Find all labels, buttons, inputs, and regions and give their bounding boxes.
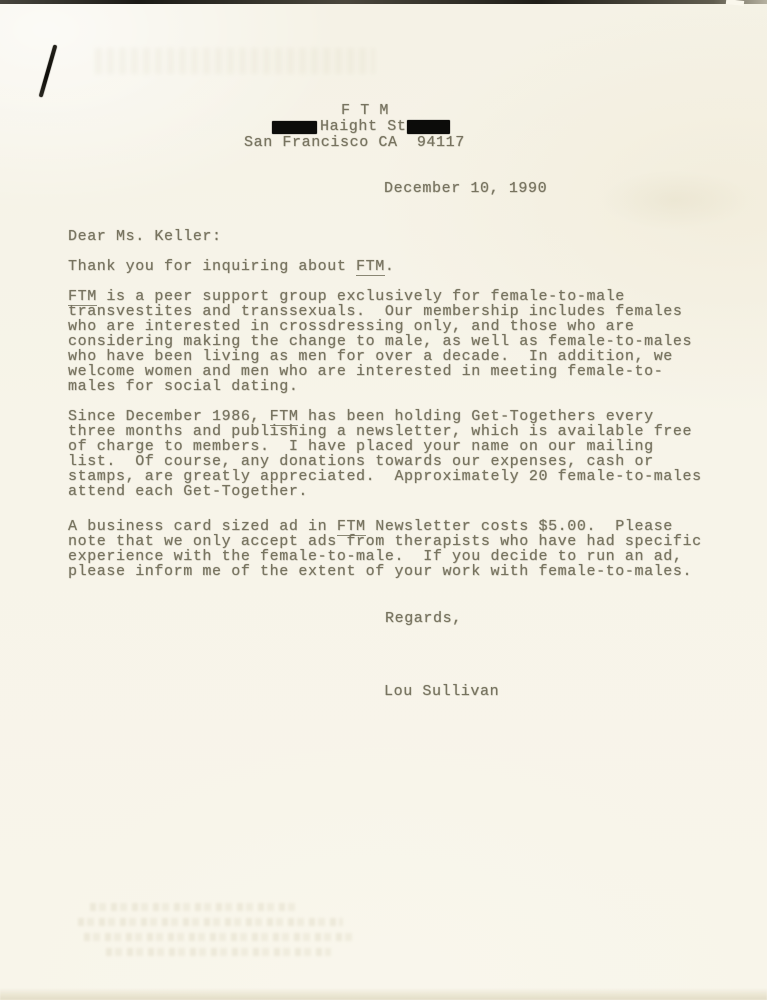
body-line: FTM is a peer support group exclusively … <box>68 289 702 304</box>
letter-body: Thank you for inquiring about FTM.FTM is… <box>68 259 702 594</box>
letterhead-org: F T M <box>341 103 389 118</box>
body-line: note that we only accept ads from therap… <box>68 534 702 549</box>
scan-top-edge-notch <box>726 0 744 6</box>
body-line: Thank you for inquiring about FTM. <box>68 259 702 274</box>
bleed-through-smudge-top <box>95 48 375 74</box>
redaction-box-unit <box>407 120 450 134</box>
paragraph: FTM is a peer support group exclusively … <box>68 289 702 394</box>
body-line: who have been living as men for over a d… <box>68 349 702 364</box>
text-segment: please inform me of the extent of your w… <box>68 563 692 580</box>
body-line: males for social dating. <box>68 379 702 394</box>
paragraph: A business card sized ad in FTM Newslett… <box>68 519 702 579</box>
body-line: three months and publishing a newsletter… <box>68 424 702 439</box>
letter-page: F T M Haight St San Francisco CA 94117 D… <box>0 0 767 1000</box>
date-line: December 10, 1990 <box>384 181 547 196</box>
letterhead-street: Haight St <box>320 119 406 134</box>
body-line: experience with the female-to-male. If y… <box>68 549 702 564</box>
body-line: Since December 1986, FTM has been holdin… <box>68 409 702 424</box>
text-segment: . <box>385 258 395 275</box>
body-line: A business card sized ad in FTM Newslett… <box>68 519 702 534</box>
body-line: list. Of course, any donations towards o… <box>68 454 702 469</box>
paper-stain <box>600 170 750 230</box>
signature-name: Lou Sullivan <box>384 684 499 699</box>
body-line: welcome women and men who are interested… <box>68 364 702 379</box>
salutation: Dear Ms. Keller: <box>68 229 222 244</box>
body-line: attend each Get-Together. <box>68 484 702 499</box>
scan-bottom-edge <box>0 988 767 1000</box>
bleed-through-text <box>78 903 378 963</box>
closing: Regards, <box>385 611 462 626</box>
bleed-through-line <box>84 933 356 941</box>
text-segment: attend each Get-Together. <box>68 483 308 500</box>
redaction-box-street-number <box>272 121 317 134</box>
underlined-text: FTM <box>356 258 385 276</box>
letterhead-city: San Francisco CA 94117 <box>244 135 465 150</box>
body-line: please inform me of the extent of your w… <box>68 564 702 579</box>
pen-slash-mark <box>39 44 58 97</box>
scan-top-edge <box>0 0 767 4</box>
paragraph: Thank you for inquiring about FTM. <box>68 259 702 274</box>
bleed-through-line <box>106 948 331 956</box>
body-line: transvestites and transsexuals. Our memb… <box>68 304 702 319</box>
bleed-through-line <box>90 903 300 911</box>
text-segment: Thank you for inquiring about <box>68 258 356 275</box>
text-segment: males for social dating. <box>68 378 298 395</box>
body-line: of charge to members. I have placed your… <box>68 439 702 454</box>
bleed-through-line <box>78 918 343 926</box>
body-line: who are interested in crossdressing only… <box>68 319 702 334</box>
paragraph: Since December 1986, FTM has been holdin… <box>68 409 702 499</box>
body-line: considering making the change to male, a… <box>68 334 702 349</box>
body-line: stamps, are greatly appreciated. Approxi… <box>68 469 702 484</box>
